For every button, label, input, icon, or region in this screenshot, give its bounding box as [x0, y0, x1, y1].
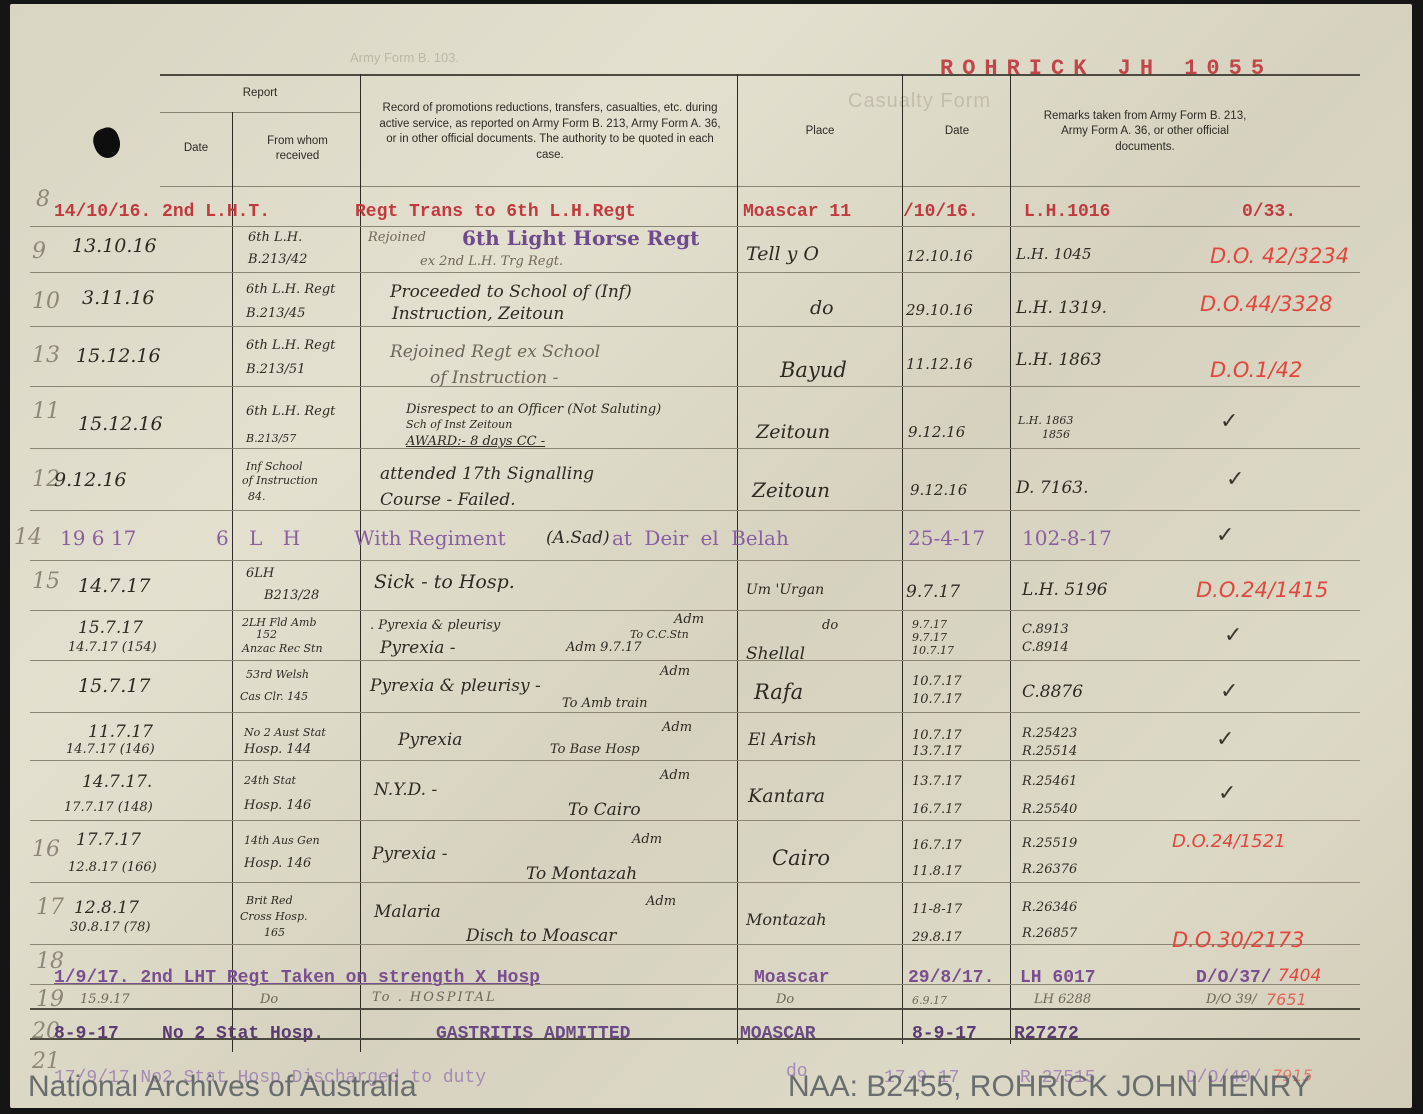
row-record-stamp: 6th Light Horse Regt — [462, 228, 699, 248]
row-remarks: 0/33. — [1242, 202, 1296, 222]
row-rule — [30, 820, 1360, 821]
header-remarks: Remarks taken from Army Form B. 213, Arm… — [1015, 80, 1275, 184]
row-record-adm: Adm — [660, 664, 690, 679]
row-rule — [30, 448, 1360, 449]
row-number: 10 — [32, 292, 60, 312]
row-record: Pyrexia — [398, 730, 462, 750]
row-record: To . HOSPITAL — [372, 990, 497, 1005]
row-date-from: 14/10/16. 2nd L.H.T. — [54, 202, 270, 222]
row-record-2: Disch to Moascar — [466, 926, 616, 946]
row-remarks: D.O.1/42 — [1210, 360, 1302, 380]
row-place: Rafa — [754, 682, 803, 702]
row-record: With Regiment — [354, 528, 506, 548]
row-from: 2LH Fld Amb — [242, 616, 317, 629]
row-from: 53rd Welsh — [246, 668, 309, 681]
row-ref: R.25423 — [1022, 726, 1077, 741]
row-ref-2: R.26857 — [1022, 926, 1077, 941]
row-date2: 25-4-17 — [908, 528, 985, 548]
header-record: Record of promotions reductions, transfe… — [365, 80, 735, 184]
row-from-ref: B213/28 — [264, 588, 319, 603]
row-record: . Pyrexia & pleurisy — [370, 618, 500, 633]
row-record: Rejoined — [368, 230, 426, 245]
row-from: Inf School — [246, 460, 303, 473]
row-record-adm: Adm — [646, 894, 676, 909]
row-ref: LH 6017 — [1020, 968, 1096, 988]
row-record: GASTRITIS ADMITTED — [436, 1024, 630, 1044]
row-number: 11 — [32, 402, 60, 422]
row-remarks: D.O.24/1415 — [1196, 580, 1328, 600]
row-remarks-red: 7651 — [1266, 990, 1307, 1010]
name-stamp: ROHRICK JH 1055 — [940, 56, 1273, 81]
row-date2: 16.7.17 — [912, 838, 962, 853]
row-remarks-check: ✓ — [1220, 412, 1238, 432]
row-date2: 12.10.16 — [906, 246, 973, 266]
row-number: 16 — [32, 840, 60, 860]
row-record-adm: Adm — [660, 768, 690, 783]
row-date2: 8-9-17 — [912, 1024, 977, 1044]
row-from: 6th L.H. Regt — [246, 338, 335, 353]
row-number: 17 — [36, 898, 64, 918]
row-ref: R27272 — [1014, 1024, 1079, 1044]
row-number: 19 — [36, 990, 64, 1010]
row-date-2: 17.7.17 (148) — [64, 800, 153, 815]
header-place: Place — [740, 80, 900, 184]
row-number: 13 — [32, 346, 60, 366]
row-record-2: To Base Hosp — [550, 742, 640, 757]
row-remarks: D.O.24/1521 — [1172, 832, 1286, 852]
row-remarks: D.O.30/2173 — [1172, 930, 1304, 950]
row-from-3: 84. — [248, 490, 266, 503]
row-record-2: Pyrexia - — [380, 638, 456, 658]
row-date-from: 8-9-17 No 2 Stat Hosp. — [54, 1024, 324, 1044]
row-record-adm: Adm — [662, 720, 692, 735]
row-place: Um 'Urgan — [746, 580, 824, 600]
row-rule — [30, 944, 1360, 945]
row-rule — [30, 660, 1360, 661]
row-from: 24th Stat — [244, 774, 296, 787]
row-rule — [30, 760, 1360, 761]
row-rule — [30, 712, 1360, 713]
row-ref: L.H. 1319. — [1016, 298, 1107, 318]
report-sub-rule — [160, 112, 360, 113]
row-date: 17.7.17 — [76, 830, 141, 850]
row-date2-3: 10.7.17 — [912, 644, 954, 657]
row-date2: 9.7.17 — [906, 582, 960, 602]
row-record: Rejoined Regt ex School — [390, 342, 600, 362]
row-from-2: Hosp. 144 — [244, 742, 311, 757]
row-ref: R.26346 — [1022, 900, 1077, 915]
row-record: Malaria — [374, 902, 441, 922]
row-date2: 29/8/17. — [908, 968, 994, 988]
row-date: 19 6 17 — [60, 528, 136, 548]
row-date2-2: 11.8.17 — [912, 864, 962, 879]
row-from-ref: B.213/45 — [246, 306, 305, 321]
service-record-page: Army Form B. 103. Casualty Form ROHRICK … — [10, 4, 1412, 1108]
row-date2: 10.7.17 — [912, 674, 962, 689]
row-from: 14th Aus Gen — [244, 834, 320, 847]
row-remarks-red: 7404 — [1278, 966, 1321, 986]
row-remarks-check: ✓ — [1218, 784, 1236, 804]
row-record-2: Sch of Inst Zeitoun — [406, 418, 512, 431]
row-ref: L.H. 1863 — [1016, 350, 1102, 370]
row-date2-2: 10.7.17 — [912, 692, 962, 707]
row-from-3: 165 — [264, 926, 285, 939]
row-ref: LH 6288 — [1034, 992, 1091, 1007]
row-from-2: of Instruction — [242, 474, 318, 487]
row-date-2: 12.8.17 (166) — [68, 860, 157, 875]
row-remarks: D.O. 42/3234 — [1210, 246, 1349, 266]
row-date-2: 14.7.17 (154) — [68, 640, 157, 655]
row-rule — [30, 1008, 1360, 1010]
row-ref-2: R.25514 — [1022, 744, 1077, 759]
row-rule — [30, 882, 1360, 883]
row-place: Cairo — [772, 848, 830, 868]
row-place: El Arish — [748, 730, 817, 750]
row-ref: L.H.1016 — [1024, 202, 1110, 222]
row-date-2: 14.7.17 (146) — [66, 742, 155, 757]
punch-hole — [90, 124, 125, 161]
row-date2: 11-8-17 — [912, 902, 962, 917]
row-place: Zeitoun — [756, 422, 830, 442]
row-ref: 102-8-17 — [1022, 528, 1112, 548]
row-number: 14 — [14, 528, 42, 548]
row-record: Proceeded to School of (Inf) — [390, 282, 632, 302]
row-date: 11.7.17 — [88, 722, 153, 742]
row-rule — [30, 510, 1360, 511]
row-date2: 9.7.17 — [912, 618, 947, 631]
row-record: Pyrexia - — [372, 844, 448, 864]
row-from: 6th L.H. Regt — [246, 404, 335, 419]
row-date: 3.11.16 — [82, 288, 155, 308]
row-date2: 10.7.17 — [912, 728, 962, 743]
row-number: 15 — [32, 572, 60, 592]
row-record-adm: Adm — [674, 612, 704, 627]
header-top-rule — [160, 74, 1360, 76]
row-record: attended 17th Signalling — [380, 464, 594, 484]
row-place: do — [810, 298, 834, 318]
row-record-2: To Amb train — [562, 696, 648, 711]
row-record: Regt Trans to 6th L.H.Regt — [355, 202, 636, 222]
row-date: 15.7.17 — [78, 618, 143, 638]
row-date2-2: 29.8.17 — [912, 930, 962, 945]
row-from-3: Anzac Rec Stn — [242, 642, 323, 655]
row-place: Moascar 11 — [743, 202, 851, 222]
row-record-2: Instruction, Zeitoun — [392, 304, 564, 324]
row-place-2: Shellal — [746, 644, 805, 664]
row-place: do — [822, 618, 838, 633]
row-ref: C.8913 — [1022, 622, 1069, 637]
row-record-2: To Cairo — [568, 800, 641, 820]
row-date: 14.7.17 — [78, 576, 151, 596]
row-from: 6th L.H. Regt — [246, 282, 335, 297]
row-remarks-check: ✓ — [1220, 682, 1238, 702]
row-ref-2: R.25540 — [1022, 802, 1077, 817]
row-from: 6 L H — [216, 528, 300, 548]
row-number: 9 — [32, 242, 46, 262]
ghost-form-label: Army Form B. 103. — [350, 50, 459, 65]
col-divider-date2 — [1010, 74, 1011, 1044]
col-divider-date — [232, 112, 233, 1052]
row-number: 8 — [36, 190, 50, 210]
row-date2-2: 13.7.17 — [912, 744, 962, 759]
row-rule — [30, 386, 1360, 387]
row-from-2: Hosp. 146 — [244, 798, 311, 813]
row-from: 6LH — [246, 566, 274, 581]
row-date2: 13.7.17 — [912, 774, 962, 789]
row-record-2-adm: Adm 9.7.17 — [566, 640, 642, 655]
row-place: Do — [776, 992, 794, 1007]
row-record: N.Y.D. - — [374, 780, 437, 800]
row-from-ref: B.213/57 — [246, 432, 296, 445]
row-date2: 29.10.16 — [906, 300, 973, 320]
row-remarks-check: ✓ — [1216, 526, 1234, 546]
row-date-from-record: 1/9/17. 2nd LHT Regt Taken on strength X… — [54, 968, 540, 988]
row-ref: R.25519 — [1022, 836, 1077, 851]
row-remarks: D/O/37/ — [1196, 968, 1272, 988]
row-date-2: 30.8.17 (78) — [70, 920, 150, 935]
row-ref: L.H. 1045 — [1016, 244, 1092, 264]
row-ref-2: 1856 — [1042, 428, 1070, 441]
row-date2: /10/16. — [903, 202, 979, 222]
row-place: Tell y O — [746, 244, 819, 264]
row-place: Montazah — [746, 910, 827, 930]
row-from-ref: B.213/51 — [246, 362, 305, 377]
row-remarks: D/O 39/ — [1206, 992, 1257, 1007]
row-place: Kantara — [748, 786, 825, 806]
row-date: 12.8.17 — [74, 898, 139, 918]
row-ref-2: C.8914 — [1022, 640, 1069, 655]
row-rule — [30, 326, 1360, 327]
row-date2-2: 9.7.17 — [912, 631, 947, 644]
row-from-2: Cas Clr. 145 — [240, 690, 308, 703]
header-bottom-rule — [160, 186, 1360, 187]
archive-watermark-right: NAA: B2455, ROHRICK JOHN HENRY — [788, 1070, 1311, 1104]
row-place: MOASCAR — [740, 1024, 816, 1044]
row-from: No 2 Aust Stat — [244, 726, 326, 739]
row-remarks-check: ✓ — [1216, 730, 1234, 750]
row-place: Zeitoun — [752, 480, 830, 500]
row-record-note: (A.Sad) — [546, 528, 610, 548]
row-date2: 9.12.16 — [908, 422, 965, 442]
row-record: Sick - to Hosp. — [374, 572, 515, 592]
row-place: Moascar — [754, 968, 830, 988]
col-divider-record — [737, 74, 738, 1044]
row-date: 9.12.16 — [54, 470, 127, 490]
row-date: 15.9.17 — [80, 992, 130, 1007]
row-from: Do — [260, 992, 278, 1007]
row-place: at Deir el Belah — [612, 528, 789, 548]
row-date: 13.10.16 — [72, 236, 157, 256]
header-report-date: Date — [160, 116, 232, 182]
row-from-ref: B.213/42 — [248, 252, 307, 267]
row-date2: 11.12.16 — [906, 354, 973, 374]
row-record-2: Course - Failed. — [380, 490, 516, 510]
row-rule — [30, 560, 1360, 561]
row-date2-2: 16.7.17 — [912, 802, 962, 817]
row-date2: 9.12.16 — [910, 480, 967, 500]
row-record: Disrespect to an Officer (Not Saluting) — [406, 402, 661, 417]
row-ref: L.H. 1863 — [1018, 414, 1073, 427]
archive-watermark-left: National Archives of Australia — [28, 1070, 417, 1104]
row-from: Brit Red — [246, 894, 293, 907]
row-remarks: D.O.44/3328 — [1200, 294, 1332, 314]
row-remarks-check: ✓ — [1224, 626, 1242, 646]
row-remarks-check: ✓ — [1226, 470, 1244, 490]
row-date2: 6.9.17 — [912, 994, 947, 1007]
row-record-2: To Montazah — [526, 864, 637, 884]
row-record-adm: Adm — [632, 832, 662, 847]
header-from-whom: From whom received — [235, 116, 360, 182]
header-date: Date — [905, 80, 1009, 184]
row-record-2: ex 2nd L.H. Trg Regt. — [420, 254, 563, 269]
row-from-2: 152 — [256, 628, 277, 641]
row-rule — [30, 610, 1360, 611]
row-ref: R.25461 — [1022, 774, 1077, 789]
header-report: Report — [160, 78, 360, 110]
row-from: 6th L.H. — [248, 230, 302, 245]
row-rule — [30, 272, 1360, 273]
row-ref: D. 7163. — [1016, 478, 1089, 498]
row-from-2: Hosp. 146 — [244, 856, 311, 871]
row-ref: L.H. 5196 — [1022, 580, 1108, 600]
row-date: 15.12.16 — [78, 414, 163, 434]
row-ref-2: R.26376 — [1022, 862, 1077, 877]
row-date: 14.7.17. — [82, 772, 152, 792]
row-place: Bayud — [780, 360, 847, 380]
row-record-award: AWARD:- 8 days CC - — [406, 434, 545, 449]
row-record-2: of Instruction - — [430, 368, 558, 388]
row-ref: C.8876 — [1022, 682, 1083, 702]
row-date: 15.12.16 — [76, 346, 161, 366]
row-date: 15.7.17 — [78, 676, 151, 696]
row-from-2: Cross Hosp. — [240, 910, 307, 923]
row-record: Pyrexia & pleurisy - — [370, 676, 541, 696]
